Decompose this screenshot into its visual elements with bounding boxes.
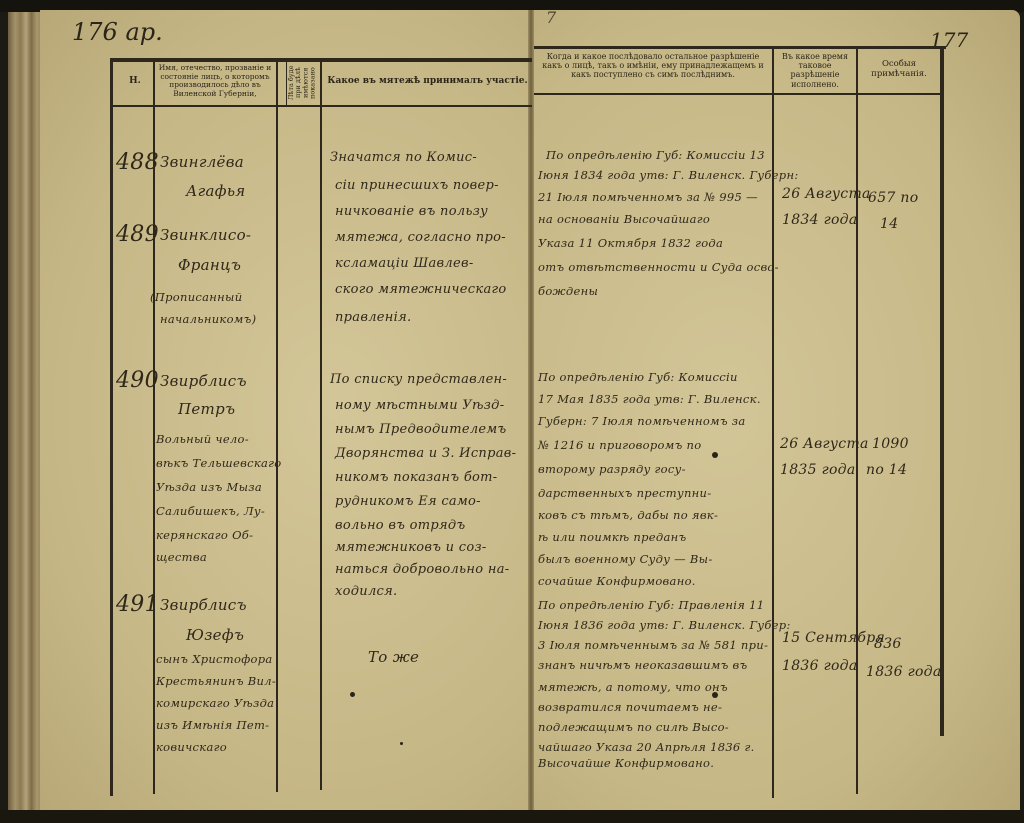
resolution-line: 21 Іюля помѣченномъ за № 995 — [538,190,758,204]
notes-value: 1836 года [866,664,942,680]
notes-value: 14 [880,216,898,232]
entry-name-line: комирскаго Уѣзда [156,696,274,710]
notes-value: по 14 [866,462,907,478]
scan-border-bottom [0,810,1024,823]
participation-line: наться добровольно на- [335,562,509,577]
resolution-line: 3 Іюля помѣченнымъ за № 581 при- [538,638,768,652]
resolution-line: Іюня 1836 года утв: Г. Виленск. Губер: [538,618,791,632]
folio-mid: 7 [546,8,556,27]
participation-line: ходился. [335,584,397,599]
resolution-line: отъ отвѣтственности и Суда осво- [538,260,779,274]
participation-line: По списку представлен- [330,372,507,387]
participation-line: Дворянства и З. Исправ- [335,446,516,461]
participation-line: ничкованіе въ пользу [335,204,488,219]
entry-name-line: Юзефъ [186,626,244,644]
entry-number: 490 [116,368,159,393]
participation-line: никомъ показанъ бот- [335,470,498,485]
participation-line: нымъ Предводителемъ [335,422,506,437]
col-rule-executed [856,49,858,794]
col-rule-resolution [772,49,774,798]
resolution-line: № 1216 и приговоромъ по [538,438,701,452]
top-thick-rule-left [112,58,532,62]
participation-line: сіи принесшихъ повер- [335,178,499,193]
entry-number: 488 [116,150,159,175]
ledger-spread: 176 ap. 7 177 Н. Имя, отечество, прозван… [0,0,1024,823]
entry-name-line: (Прописанный [150,290,242,304]
col-rule-name [276,62,278,792]
entry-number: 489 [116,222,159,247]
entry-name-line: Петръ [178,400,235,418]
book-gutter [528,10,534,810]
header-participation: Какое въ мятежѣ принималъ участіе. [325,76,530,86]
entry-name-line: Салибишекъ, Лу- [156,504,265,518]
resolution-line: на основаніи Высочайшаго [538,212,710,226]
folio-left: 176 ap. [72,18,163,46]
entry-number: 491 [116,592,159,617]
entry-name-line: Звирблисъ [160,372,247,390]
executed-date: 26 Августа [782,186,871,202]
entry-name-line: Уѣзда изъ Мыза [156,480,262,494]
participation-line: правленія. [335,310,411,325]
participation-line: То же [368,648,419,666]
entry-name-line: Агафья [186,182,246,200]
resolution-line: бождены [538,284,598,298]
top-thick-rule-right [534,46,946,49]
entry-name-line: начальникомъ) [160,312,256,326]
executed-date: 1834 года [782,212,858,228]
entry-name-line: вѣкъ Тельшевскаго [156,456,281,470]
resolution-line: знанъ ничѣмъ неоказавшимъ въ [538,658,748,672]
resolution-line: По опредѣленію Губ: Правленія 11 [538,598,764,612]
participation-line: мятежа, согласно про- [335,230,506,245]
executed-date: 15 Сентября [782,630,885,646]
right-border-rule [940,46,944,736]
resolution-line: ковъ съ тѣмъ, дабы по явк- [538,508,718,522]
notes-value: 657 по [868,190,918,206]
header-executed: Въ какое время таковое разрѣшеніе исполн… [775,52,855,89]
ink-spot [712,452,718,458]
header-notes: Особыя примѣчанія. [858,60,940,80]
left-border-rule [110,58,113,796]
page-stack-edge [8,12,44,812]
entry-name-line: керянскаго Об- [156,528,253,542]
entry-name-line: Звирблисъ [160,596,247,614]
header-bottom-rule-right [534,93,944,95]
header-name: Имя, отечество, прозваніе и состояніе ли… [156,64,274,99]
participation-line: вольно въ отрядъ [335,518,465,533]
ink-spot [350,692,355,697]
resolution-line: ѣ или поимкѣ преданъ [538,530,687,544]
entry-name-line: ковичскаго [156,740,227,754]
entry-name-line: Францъ [178,256,241,274]
resolution-line: возвратился почитаемъ не- [538,700,722,714]
col-rule-age2 [320,62,322,790]
participation-line: мятежниковъ и соз- [335,540,487,555]
ink-spot [400,742,403,745]
header-age: Лѣта буде при дѣлѣ имѣются показано [288,63,318,103]
ink-spot [712,692,718,698]
participation-line: рудникомъ Ея само- [335,494,481,509]
resolution-line: Іюня 1834 года утв: Г. Виленск. Губерн: [538,168,799,182]
participation-line: Значатся по Комис- [330,150,477,165]
notes-value: 836 [874,636,902,652]
resolution-line: былъ военному Суду — Вы- [538,552,713,566]
resolution-line: Высочайше Конфирмовано. [538,756,714,770]
header-resolution: Когда и какое послѣдовало остальное разр… [536,52,770,80]
resolution-line: подлежащимъ по силѣ Высо- [538,720,729,734]
participation-line: ному мѣстными Уѣзд- [335,398,504,413]
executed-date: 1836 года [782,658,858,674]
resolution-line: второму разряду госу- [538,462,686,476]
resolution-line: Указа 11 Октября 1832 года [538,236,723,250]
entry-name-line: Звинглёва [160,153,244,171]
participation-line: ксламаціи Шавлев- [335,256,474,271]
resolution-line: дарственныхъ преступни- [538,486,711,500]
participation-line: ского мятежническаго [335,282,507,297]
resolution-line: мятежѣ, а потому, что онъ [538,680,728,694]
executed-date: 1835 года [780,462,856,478]
entry-name-line: Звинклисо- [160,226,251,244]
entry-name-line: щества [156,550,207,564]
resolution-line: По опредѣленію Губ: Комиссіи [538,370,738,384]
entry-name-line: сынъ Христофора [156,652,273,666]
resolution-line: По опредѣленію Губ: Комиссіи 13 [546,148,765,162]
entry-name-line: изъ Имѣнія Пет- [156,718,269,732]
entry-name-line: Крестьянинъ Вил- [156,674,276,688]
entry-name-line: Вольный чело- [156,432,249,446]
resolution-line: сочайше Конфирмовано. [538,574,696,588]
notes-value: 1090 [872,436,909,452]
resolution-line: Губерн: 7 Іюля помѣченномъ за [538,414,746,428]
resolution-line: чайшаго Указа 20 Апрѣля 1836 г. [538,740,755,754]
header-number: Н. [118,76,152,86]
executed-date: 26 Августа [780,436,869,452]
header-bottom-rule-left [112,105,532,107]
resolution-line: 17 Мая 1835 года утв: Г. Виленск. [538,392,761,406]
